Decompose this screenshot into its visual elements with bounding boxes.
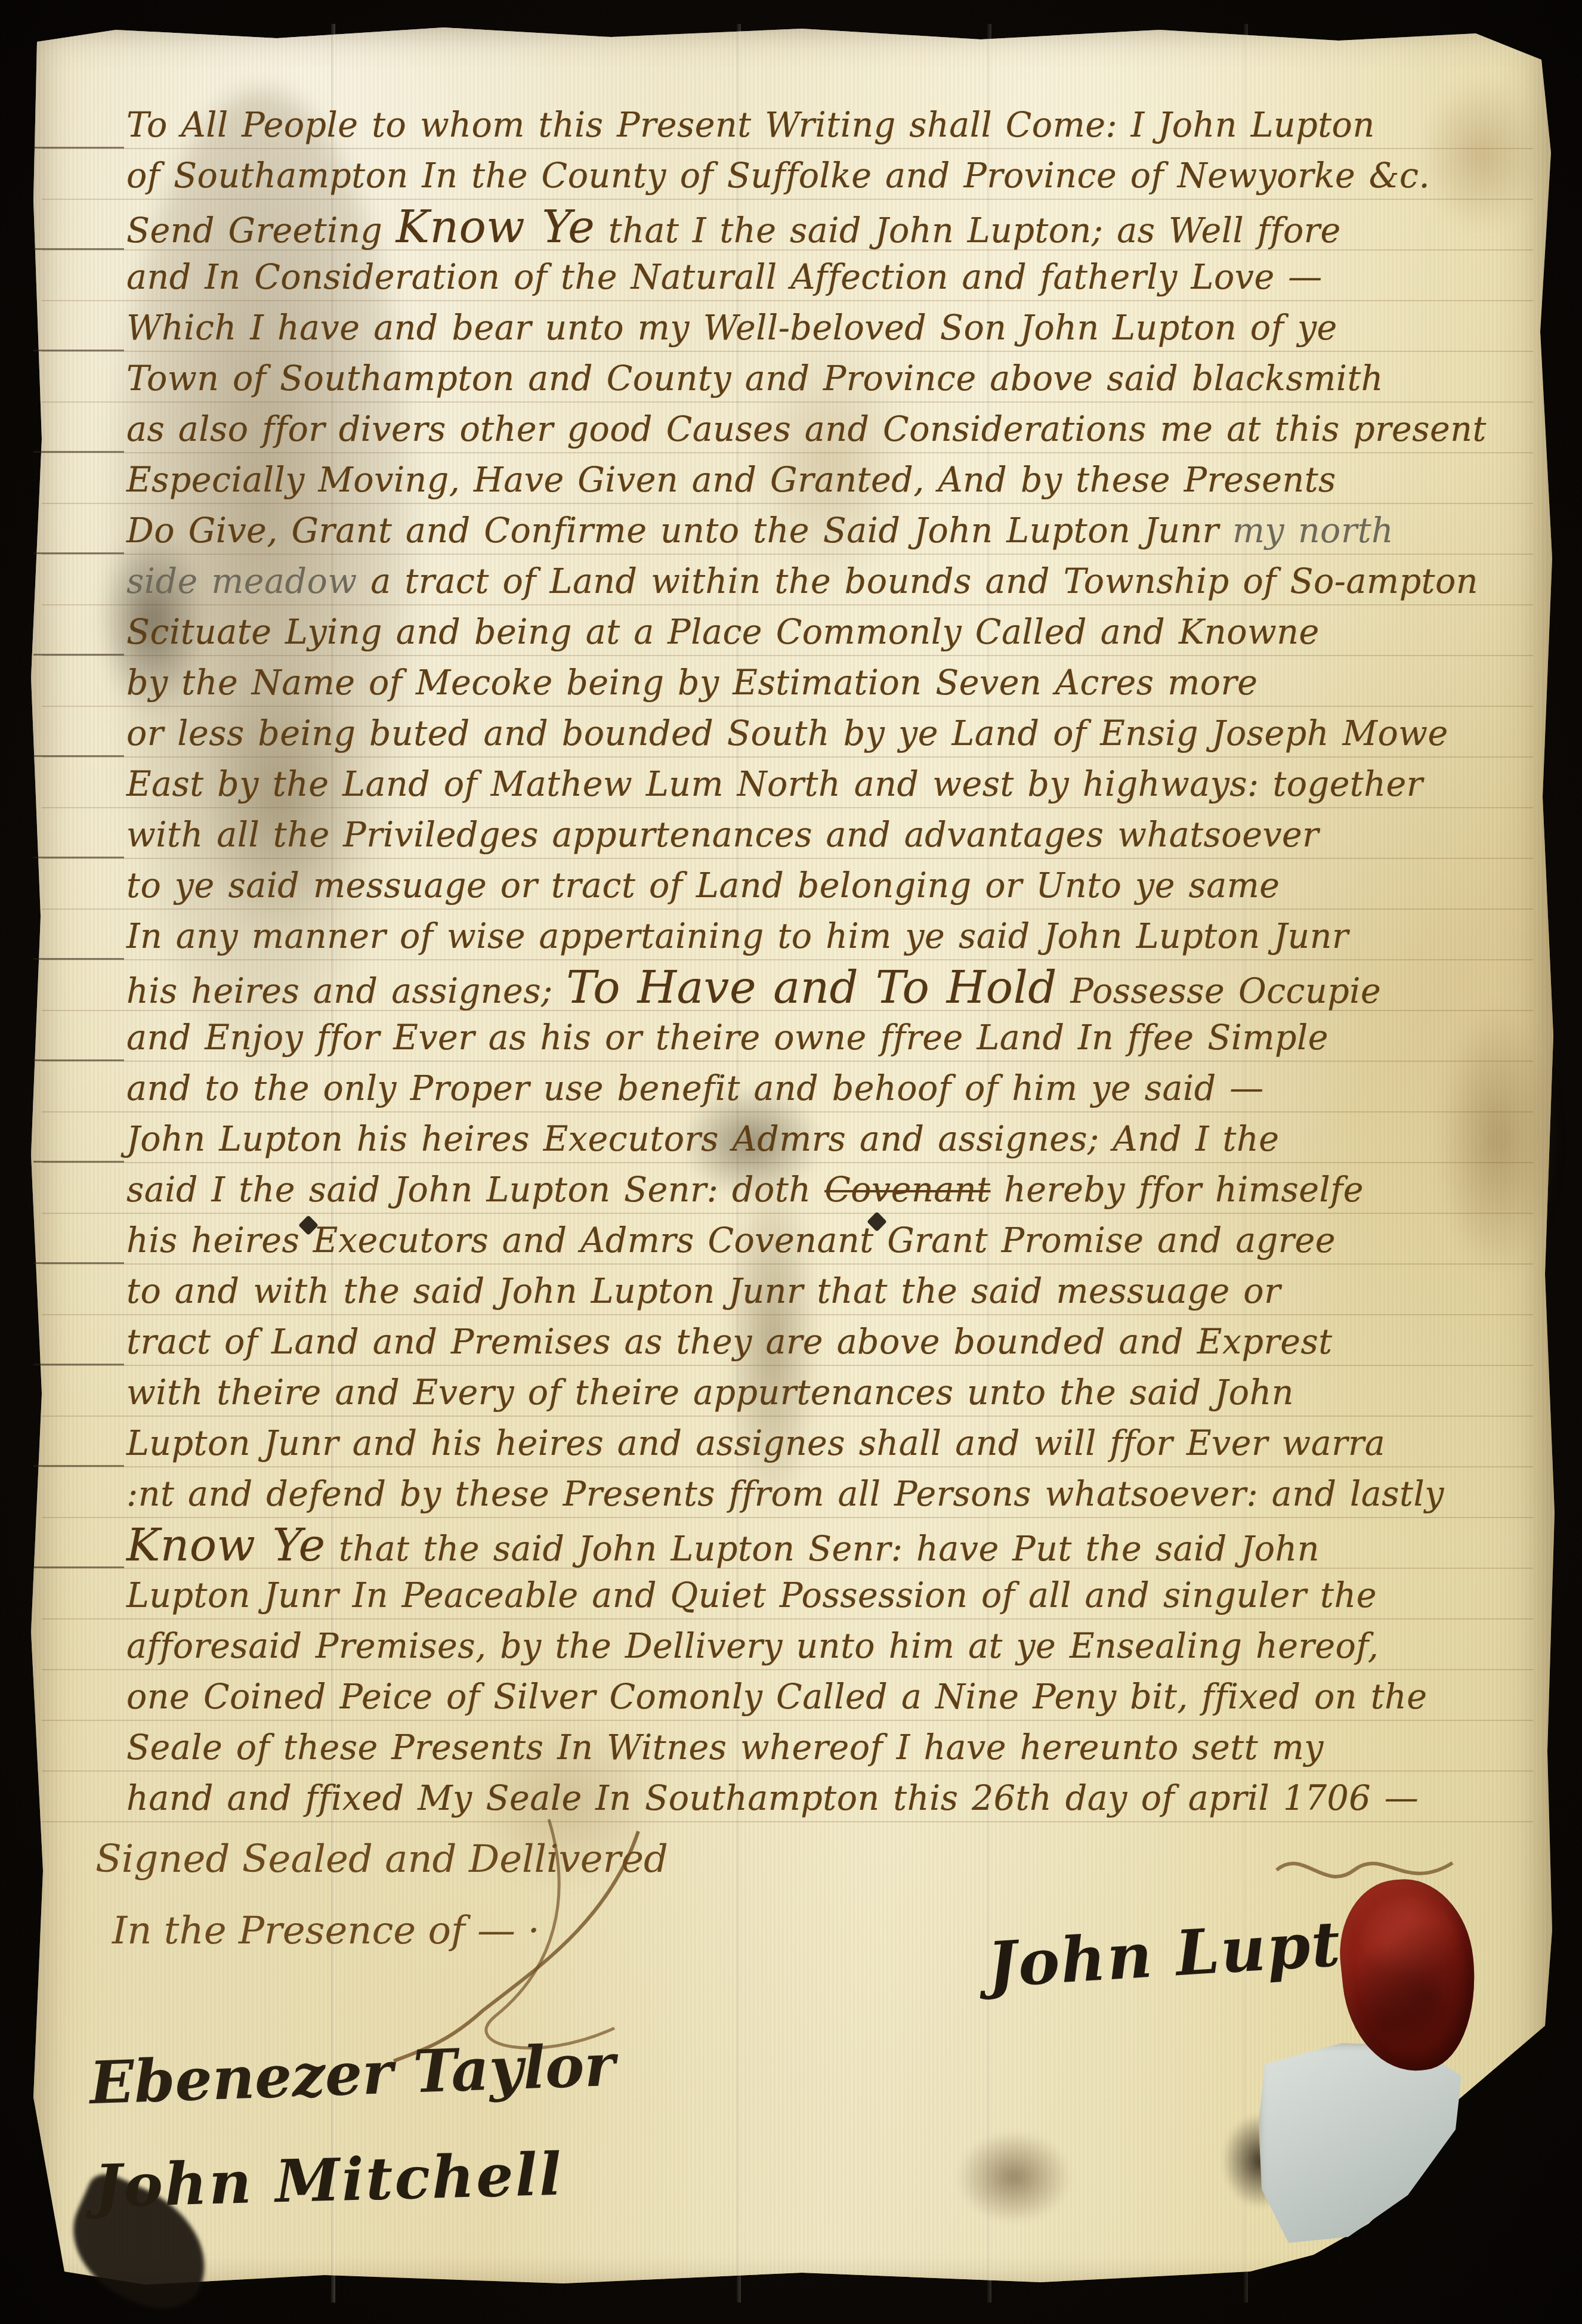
margin-rule-dashes [33, 147, 124, 1608]
deed-text-segment: afforesaid Premises, by the Dellivery un… [126, 1627, 1379, 1666]
deed-line: Seale of these Presents In Witnes whereo… [126, 1723, 1487, 1773]
deed-text-segment: and Enjoy ffor Ever as his or theire own… [126, 1018, 1328, 1058]
deed-text-segment: John Lupton his heires Executors Admrs a… [126, 1120, 1279, 1159]
deed-text-segment: that I the said John Lupton; as Well ffo… [595, 211, 1341, 251]
torn-corner-patch [1259, 2040, 1473, 2255]
deed-text-segment: one Coined Peice of Silver Comonly Calle… [126, 1677, 1427, 1717]
deed-line: by the Name of Mecoke being by Estimatio… [126, 658, 1487, 709]
deed-text-segment: to and with the said John Lupton Junr th… [126, 1272, 1281, 1311]
deed-text-segment: hereby ffor himselfe [990, 1170, 1364, 1210]
deed-line: as also ffor divers other good Causes an… [126, 404, 1487, 455]
deed-body: To All People to whom this Present Writi… [126, 100, 1487, 1824]
deed-line: Town of Southampton and County and Provi… [126, 354, 1487, 404]
deed-text-segment: as also ffor divers other good Causes an… [126, 410, 1487, 449]
deed-line: with all the Priviledges appurtenances a… [126, 810, 1487, 861]
manuscript-photo: To All People to whom this Present Writi… [0, 0, 1582, 2324]
deed-line: Especially Moving, Have Given and Grante… [126, 455, 1487, 506]
deed-line: In any manner of wise appertaining to hi… [126, 911, 1487, 962]
deed-text-segment: his heires and assignes; [126, 972, 566, 1011]
deed-text-segment: Do Give, Grant and Confirme unto the Sai… [126, 511, 1219, 551]
deed-line: :nt and defend by these Presents ffrom a… [126, 1469, 1487, 1520]
deed-text-segment: Especially Moving, Have Given and Grante… [126, 461, 1336, 500]
deed-text-segment: with theire and Every of theire appurten… [126, 1373, 1294, 1413]
deed-text-segment: :nt and defend by these Presents ffrom a… [126, 1475, 1444, 1514]
deed-text-segment: and to the only Proper use benefit and b… [126, 1069, 1264, 1108]
deed-text-segment: said I the said John Lupton Senr: doth [126, 1170, 824, 1210]
deed-line: Lupton Junr and his heires and assignes … [126, 1418, 1487, 1469]
deed-text-segment: my north [1219, 511, 1393, 551]
deed-text-segment: Town of Southampton and County and Provi… [126, 359, 1383, 398]
deed-line: To All People to whom this Present Writi… [126, 100, 1487, 151]
deed-text-segment: with all the Priviledges appurtenances a… [126, 815, 1319, 855]
deed-text-segment: hand and ffixed My Seale In Southampton … [126, 1779, 1419, 1818]
deed-line: to and with the said John Lupton Junr th… [126, 1266, 1487, 1317]
deed-text-segment: or less being buted and bounded South by… [126, 714, 1448, 753]
deed-line: his heires Executors and Admrs Covenant … [126, 1216, 1487, 1266]
deed-line: Scituate Lying and being at a Place Comm… [126, 607, 1487, 658]
deed-text-segment: a tract of Land within the bounds and To… [370, 562, 1478, 601]
deed-line: John Lupton his heires Executors Admrs a… [126, 1114, 1487, 1165]
deed-text-segment: East by the Land of Mathew Lum North and… [126, 765, 1423, 804]
deed-text-segment: Seale of these Presents In Witnes whereo… [126, 1728, 1324, 1767]
deed-text-segment: of Southampton In the County of Suffolke… [126, 156, 1430, 196]
deed-line: to ye said messuage or tract of Land bel… [126, 861, 1487, 911]
deed-line: with theire and Every of theire appurten… [126, 1368, 1487, 1418]
deed-text-segment: tract of Land and Premises as they are a… [126, 1322, 1333, 1362]
deed-text-segment: To All People to whom this Present Writi… [126, 106, 1375, 145]
deed-line: hand and ffixed My Seale In Southampton … [126, 1773, 1487, 1824]
deed-text-segment: Lupton Junr In Peaceable and Quiet Posse… [126, 1576, 1377, 1615]
deed-text-segment: Send Greeting [126, 211, 396, 251]
deed-text-segment: side meadow [126, 562, 370, 601]
deed-line: one Coined Peice of Silver Comonly Calle… [126, 1672, 1487, 1723]
deed-line: said I the said John Lupton Senr: doth C… [126, 1165, 1487, 1216]
deed-line: or less being buted and bounded South by… [126, 709, 1487, 759]
deed-line: Know Ye that the said John Lupton Senr: … [126, 1520, 1487, 1571]
deed-text-segment: To Have and To Hold [566, 961, 1057, 1013]
deed-text-segment: Possesse Occupie [1057, 972, 1381, 1011]
deed-text-segment: Scituate Lying and being at a Place Comm… [126, 613, 1320, 652]
deed-line: afforesaid Premises, by the Dellivery un… [126, 1621, 1487, 1672]
deed-line: Do Give, Grant and Confirme unto the Sai… [126, 506, 1487, 557]
deed-line: his heires and assignes; To Have and To … [126, 962, 1487, 1013]
deed-text-segment: In any manner of wise appertaining to hi… [126, 917, 1349, 956]
deed-line: side meadow a tract of Land within the b… [126, 557, 1487, 607]
deed-text-segment: that the said John Lupton Senr: have Put… [325, 1529, 1320, 1569]
deed-text-segment: to ye said messuage or tract of Land bel… [126, 866, 1280, 906]
deed-line: Send Greeting Know Ye that I the said Jo… [126, 202, 1487, 252]
deed-text-segment: Know Ye [126, 1519, 325, 1571]
witness-signature: John Mitchell [94, 2140, 564, 2221]
deed-line: and In Consideration of the Naturall Aff… [126, 252, 1487, 303]
deed-line: and Enjoy ffor Ever as his or theire own… [126, 1013, 1487, 1064]
pen-flourish-icon [358, 1813, 692, 2070]
deed-line: of Southampton In the County of Suffolke… [126, 151, 1487, 202]
deed-text-segment: Covenant [824, 1170, 990, 1210]
deed-line: Which I have and bear unto my Well-belov… [126, 303, 1487, 354]
deed-text-segment: Which I have and bear unto my Well-belov… [126, 308, 1337, 348]
deed-line: and to the only Proper use benefit and b… [126, 1064, 1487, 1114]
deed-line: tract of Land and Premises as they are a… [126, 1317, 1487, 1368]
deed-text-segment: and In Consideration of the Naturall Aff… [126, 258, 1323, 297]
deed-text-segment: Lupton Junr and his heires and assignes … [126, 1424, 1385, 1463]
deed-text-segment: by the Name of Mecoke being by Estimatio… [126, 663, 1258, 703]
deed-line: Lupton Junr In Peaceable and Quiet Posse… [126, 1571, 1487, 1621]
deed-line: East by the Land of Mathew Lum North and… [126, 759, 1487, 810]
deed-text-segment: Know Ye [396, 200, 595, 253]
